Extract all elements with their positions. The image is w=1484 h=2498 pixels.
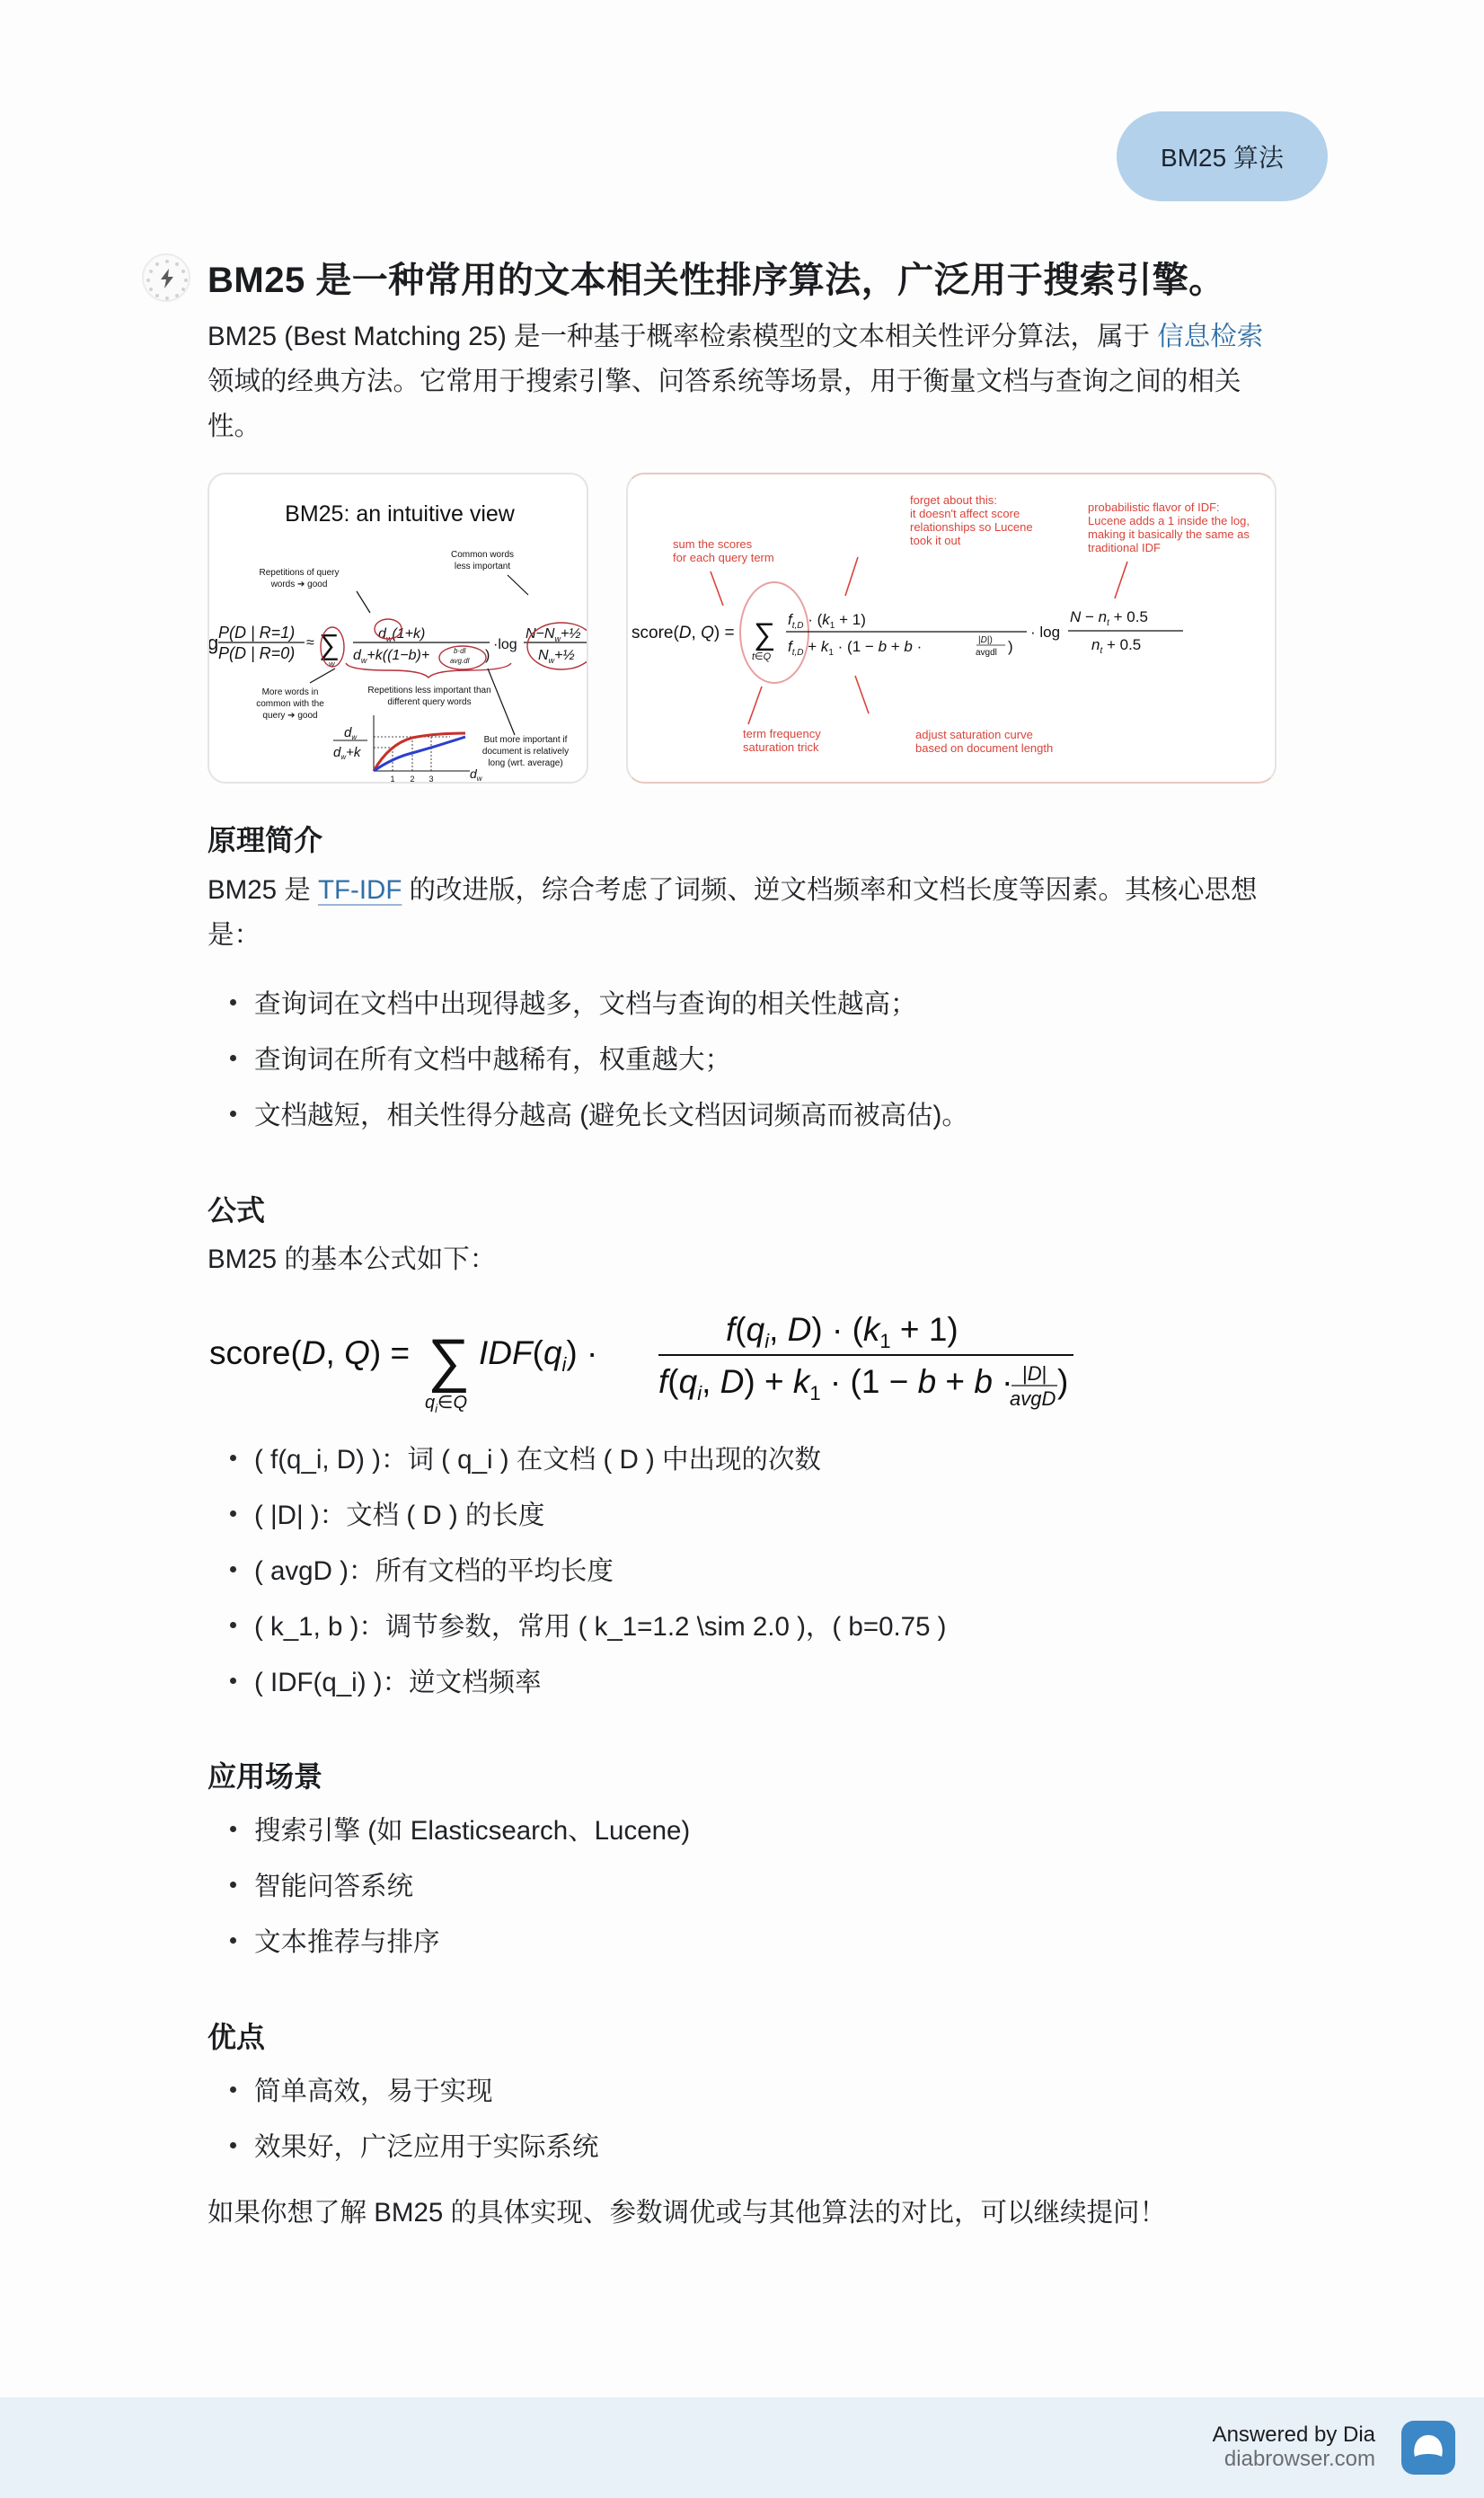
svg-text:for each query term: for each query term [673,551,774,564]
svg-text:different query words: different query words [387,697,471,707]
list-item: 查询词在所有文档中越稀有，权重越大； [230,1039,731,1076]
svg-text:N−Nw+½: N−Nw+½ [526,626,581,643]
svg-text:t∈Q: t∈Q [752,651,772,662]
svg-text:it doesn't affect score: it doesn't affect score [910,507,1020,520]
bullet-dot [230,1055,236,1061]
svg-text:score(D, Q) =: score(D, Q) = [209,1334,410,1371]
link-information-retrieval[interactable]: 信息检索 [1157,322,1263,351]
svg-text:qi∈Q: qi∈Q [425,1393,467,1415]
svg-text:less important: less important [455,562,510,571]
svg-text:2: 2 [410,775,414,784]
svg-text:avgD: avgD [1010,1387,1056,1410]
svg-text:Repetitions less important tha: Repetitions less important than [367,686,490,695]
heading-applications: 应用场景 [208,1754,322,1795]
svg-text:3: 3 [428,775,433,784]
footer-brand: Answered by Dia diabrowser.com [1213,2423,1375,2471]
svg-text:dw: dw [470,766,483,783]
svg-text:common with the: common with the [256,699,324,709]
intro-paragraph: BM25 (Best Matching 25) 是一种基于概率检索模型的文本相关… [208,314,1281,449]
closing-paragraph: 如果你想了解 BM25 的具体实现、参数调优或与其他算法的对比，可以继续提问！ [208,2191,1281,2236]
principle-paragraph: BM25 是 TF-IDF 的改进版，综合考虑了词频、逆文档频率和文档长度等因素… [208,868,1281,958]
bullet-dot [230,1622,236,1628]
svg-text:Common words: Common words [451,550,514,560]
svg-text:dw+k((1−b)+: dw+k((1−b)+ [353,648,429,665]
user-query-text: BM25 算法 [1161,138,1284,174]
bullet-dot [230,1111,236,1117]
svg-text:≈: ≈ [306,635,314,651]
bullet-dot [230,1826,236,1832]
list-item: 效果好，广泛应用于实际系统 [230,2126,599,2164]
svg-text:document is relatively: document is relatively [482,747,569,757]
list-item: 文本推荐与排序 [230,1921,440,1959]
bullet-dot [230,2086,236,2093]
svg-text:P(D | R=0): P(D | R=0) [218,644,295,662]
heading-advantages: 优点 [208,2015,265,2056]
dia-logo-icon[interactable] [1401,2421,1455,2475]
svg-text:Repetitions of query: Repetitions of query [260,568,340,578]
bullet-dot [230,1678,236,1684]
list-item: ( |D| )：文档 ( D ) 的长度 [230,1494,544,1532]
svg-text:traditional IDF: traditional IDF [1088,541,1161,554]
svg-text:IDF(qi) ·: IDF(qi) · [479,1334,597,1376]
svg-text:Nw+½: Nw+½ [538,648,575,665]
answer-title: BM25 是一种常用的文本相关性排序算法，广泛用于搜索引擎。 [208,252,1225,303]
bullet-dot [230,1510,236,1517]
bullet-dot [230,999,236,1005]
svg-text:Lucene adds a 1 inside the log: Lucene adds a 1 inside the log, [1088,514,1250,527]
intro-text-2: 领域的经典方法。它常用于搜索引擎、问答系统等场景，用于衡量文档与查询之间的相关性… [208,367,1241,441]
svg-text:∑: ∑ [754,617,775,651]
svg-text:P(D | R=1): P(D | R=1) [218,624,295,642]
svg-text:f(qi, D) + k1 · (1 − b + b ·: f(qi, D) + k1 · (1 − b + b · [658,1363,1013,1404]
answered-by-label: Answered by Dia [1213,2423,1375,2448]
intro-text-1: BM25 (Best Matching 25) 是一种基于概率检索模型的文本相关… [208,322,1157,351]
list-item: 简单高效，易于实现 [230,2070,493,2108]
svg-text:forget about this:: forget about this: [910,493,997,507]
svg-text:long (wrt. average): long (wrt. average) [488,758,562,768]
footer-domain-link[interactable]: diabrowser.com [1213,2448,1375,2471]
list-item: ( k_1, b )：调节参数，常用 ( k_1=1.2 \sim 2.0 )，… [230,1606,947,1643]
svg-text:∑: ∑ [428,1326,470,1393]
svg-text:making it basically the same a: making it basically the same as [1088,527,1250,541]
image-bm25-intuitive-view[interactable]: BM25: an intuitive view Repetitions of q… [208,473,588,784]
bullet-dot [230,1882,236,1888]
svg-text:b·dl: b·dl [454,647,466,655]
svg-text:saturation trick: saturation trick [743,740,819,754]
list-item: ( IDF(q_i) )：逆文档频率 [230,1661,542,1699]
svg-text:1: 1 [390,775,394,784]
svg-text:·log: ·log [493,637,517,652]
svg-text:dw: dw [344,725,358,741]
svg-text:took it out: took it out [910,534,961,547]
svg-text:ft,D · (k1 + 1): ft,D · (k1 + 1) [788,611,866,631]
svg-text:based on document length: based on document length [915,741,1053,755]
svg-text:|D|): |D|) [978,635,993,645]
bullet-dot [230,1937,236,1944]
bullet-dot [230,2142,236,2148]
list-item: 文档越短，相关性得分越高 (避免长文档因词频高而被高估)。 [230,1094,968,1132]
list-item: ( avgD )：所有文档的平均长度 [230,1550,614,1588]
user-message-bubble: BM25 算法 [1117,111,1328,201]
svg-text:avgdl: avgdl [976,648,997,658]
image1-title: BM25: an intuitive view [285,501,516,527]
svg-text:score(D, Q) =: score(D, Q) = [632,624,735,642]
image-bm25-annotated-formula[interactable]: sum the scores for each query term forge… [626,473,1276,784]
svg-text:g: g [209,632,218,654]
list-item: 搜索引擎 (如 Elasticsearch、Lucene) [230,1810,690,1847]
svg-text:avg.dl: avg.dl [450,657,470,665]
svg-text:But more important if: But more important if [484,735,568,745]
svg-text:): ) [1057,1363,1068,1400]
list-item: ( f(q_i, D) )：词 ( q_i ) 在文档 ( D ) 中出现的次数 [230,1439,821,1476]
bullet-dot [230,1566,236,1572]
svg-text:adjust saturation curve: adjust saturation curve [915,728,1033,741]
svg-text:relationships so Lucene: relationships so Lucene [910,520,1033,534]
principle-text-1: BM25 是 [208,875,318,905]
svg-text:nt + 0.5: nt + 0.5 [1091,636,1141,656]
formula-intro: BM25 的基本公式如下： [208,1237,1281,1282]
svg-text:query ➔ good: query ➔ good [262,711,317,721]
list-item: 查询词在文档中出现得越多，文档与查询的相关性越高； [230,983,917,1021]
list-item: 智能问答系统 [230,1865,413,1903]
heading-principle: 原理简介 [208,818,322,859]
bullet-dot [230,1455,236,1461]
svg-text:More words in: More words in [262,687,319,697]
heading-formula: 公式 [208,1188,265,1229]
footer-bar: Answered by Dia diabrowser.com [0,2397,1484,2498]
svg-text:· log: · log [1030,624,1060,641]
svg-text:term frequency: term frequency [743,727,821,740]
svg-text:words ➔ good: words ➔ good [270,580,328,589]
lightning-icon [159,269,175,288]
svg-text:probabilistic flavor of IDF:: probabilistic flavor of IDF: [1088,500,1220,514]
svg-text:): ) [1008,638,1013,655]
svg-text:ft,D + k1 · (1 − b + b ·: ft,D + k1 · (1 − b + b · [788,638,922,658]
bm25-formula: score(D, Q) = ∑ qi∈Q IDF(qi) · f(qi, D) … [209,1303,1108,1411]
svg-text:f(qi, D) · (k1 + 1): f(qi, D) · (k1 + 1) [726,1311,958,1352]
svg-text:N − nt + 0.5: N − nt + 0.5 [1070,608,1148,628]
svg-text:dw+k: dw+k [333,745,362,761]
assistant-avatar [142,253,190,302]
svg-text:|D|: |D| [1022,1362,1047,1385]
svg-text:sum the scores: sum the scores [673,537,753,551]
link-tf-idf[interactable]: TF-IDF [318,875,402,905]
